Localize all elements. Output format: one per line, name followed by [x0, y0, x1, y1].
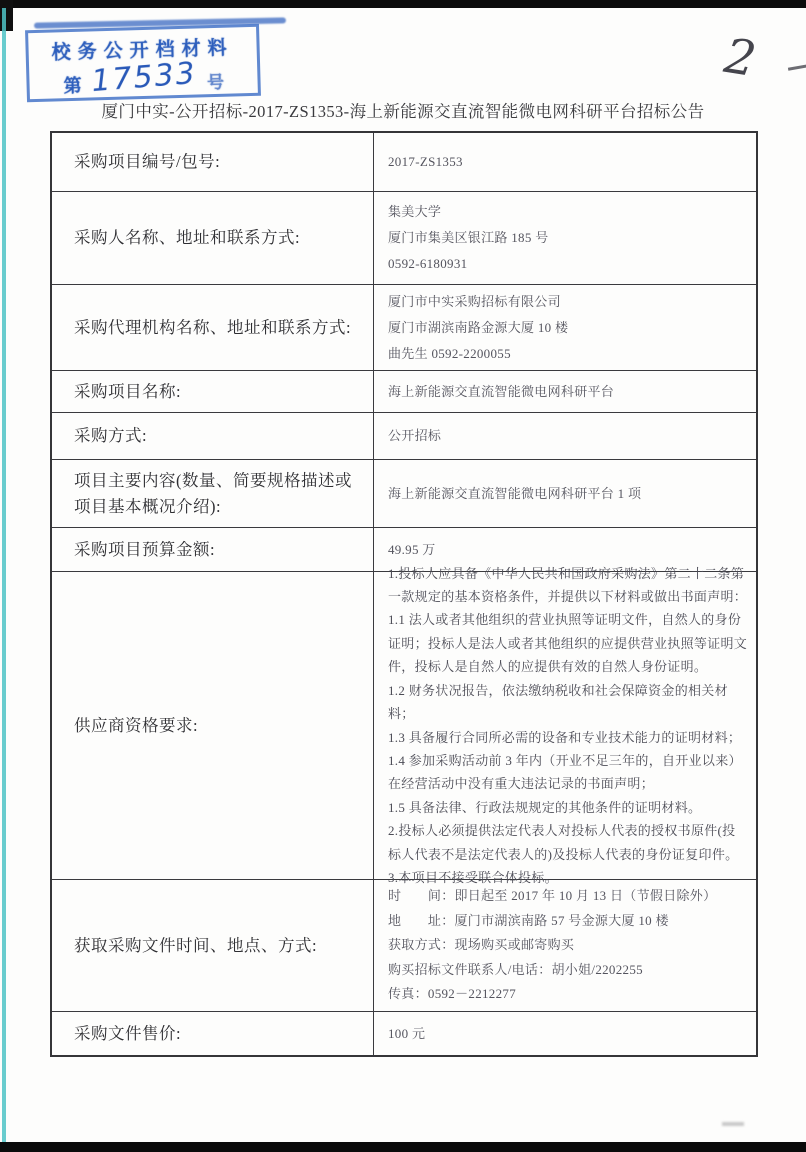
value-line: 公开招标 [388, 423, 748, 449]
archive-stamp: 校务公开档材料 第 17533 号 [25, 24, 261, 103]
value-line: 地 址：厦门市湖滨南路 57 号金源大厦 10 楼 [388, 909, 748, 934]
row-value: 时 间：即日起至 2017 年 10 月 13 日（节假日除外）地 址：厦门市湖… [374, 880, 756, 1011]
value-line: 厦门市湖滨南路金源大厦 10 楼 [388, 315, 748, 341]
handwritten-page-number: 2 [721, 28, 760, 88]
value-line: 集美大学 [388, 199, 748, 225]
value-line: 厦门市集美区银江路 185 号 [388, 225, 748, 251]
value-line: 49.95 万 [388, 537, 748, 563]
stamp-number-suffix: 号 [207, 74, 224, 91]
value-line: 2.投标人必须提供法定代表人对投标人代表的授权书原件(投标人代表不是法定代表人的… [388, 819, 748, 866]
table-row: 采购方式:公开招标 [52, 413, 756, 460]
row-label: 供应商资格要求: [52, 572, 374, 879]
row-value: 海上新能源交直流智能微电网科研平台 1 项 [374, 460, 756, 527]
value-line: 1.投标人应具备《中华人民共和国政府采购法》第二十二条第一款规定的基本资格条件，… [388, 562, 748, 609]
scan-smudge [722, 1122, 744, 1126]
row-value: 100 元 [374, 1012, 756, 1055]
value-line: 厦门市中实采购招标有限公司 [388, 289, 748, 315]
value-line: 1.4 参加采购活动前 3 年内（开业不足三年的，自开业以来）在经营活动中没有重… [388, 749, 748, 796]
stamp-handwritten-number: 17533 [90, 59, 198, 97]
table-row: 采购人名称、地址和联系方式:集美大学厦门市集美区银江路 185 号0592-61… [52, 192, 756, 285]
value-line: 曲先生 0592-2200055 [388, 341, 748, 367]
value-line: 时 间：即日起至 2017 年 10 月 13 日（节假日除外） [388, 884, 748, 909]
table-row: 获取采购文件时间、地点、方式:时 间：即日起至 2017 年 10 月 13 日… [52, 880, 756, 1012]
value-line: 1.2 财务状况报告，依法缴纳税收和社会保障资金的相关材料； [388, 679, 748, 726]
value-line: 2017-ZS1353 [388, 149, 748, 175]
value-line: 海上新能源交直流智能微电网科研平台 1 项 [388, 481, 748, 507]
row-label: 获取采购文件时间、地点、方式: [52, 880, 374, 1011]
table-row: 项目主要内容(数量、简要规格描述或项目基本概况介绍):海上新能源交直流智能微电网… [52, 460, 756, 528]
handwritten-dash [788, 64, 806, 70]
value-line: 传真：0592－2212277 [388, 982, 748, 1007]
row-value: 厦门市中实采购招标有限公司厦门市湖滨南路金源大厦 10 楼曲先生 0592-22… [374, 285, 756, 370]
stamp-number-line: 第 17533 号 [63, 60, 258, 95]
row-value: 公开招标 [374, 413, 756, 459]
row-value: 1.投标人应具备《中华人民共和国政府采购法》第二十二条第一款规定的基本资格条件，… [374, 572, 756, 879]
table-row: 采购文件售价:100 元 [52, 1012, 756, 1055]
value-line: 海上新能源交直流智能微电网科研平台 [388, 379, 748, 405]
value-line: 购买招标文件联系人/电话：胡小姐/2202255 [388, 958, 748, 983]
scan-edge-top [0, 0, 806, 8]
value-line: 获取方式：现场购买或邮寄购买 [388, 933, 748, 958]
scan-edge-bottom [0, 1142, 806, 1152]
value-line: 1.1 法人或者其他组织的营业执照等证明文件，自然人的身份证明；投标人是法人或者… [388, 608, 748, 678]
announcement-table: 采购项目编号/包号:2017-ZS1353采购人名称、地址和联系方式:集美大学厦… [50, 131, 758, 1057]
value-line: 1.3 具备履行合同所必需的设备和专业技术能力的证明材料； [388, 726, 748, 749]
row-value: 2017-ZS1353 [374, 133, 756, 191]
stamp-number-prefix: 第 [63, 77, 81, 95]
table-row: 采购项目名称:海上新能源交直流智能微电网科研平台 [52, 371, 756, 413]
page-title: 厦门中实-公开招标-2017-ZS1353-海上新能源交直流智能微电网科研平台招… [0, 98, 806, 122]
row-label: 采购项目编号/包号: [52, 133, 374, 191]
scan-edge-left-line [2, 8, 6, 1142]
table-row: 采购代理机构名称、地址和联系方式:厦门市中实采购招标有限公司厦门市湖滨南路金源大… [52, 285, 756, 371]
table-row: 供应商资格要求:1.投标人应具备《中华人民共和国政府采购法》第二十二条第一款规定… [52, 572, 756, 880]
row-label: 采购文件售价: [52, 1012, 374, 1055]
row-label: 采购项目预算金额: [52, 528, 374, 571]
value-line: 1.5 具备法律、行政法规规定的其他条件的证明材料。 [388, 796, 748, 819]
row-value: 集美大学厦门市集美区银江路 185 号0592-6180931 [374, 192, 756, 284]
row-label: 项目主要内容(数量、简要规格描述或项目基本概况介绍): [52, 460, 374, 527]
value-line: 100 元 [388, 1021, 748, 1047]
row-value: 海上新能源交直流智能微电网科研平台 [374, 371, 756, 412]
table-row: 采购项目编号/包号:2017-ZS1353 [52, 133, 756, 192]
row-label: 采购人名称、地址和联系方式: [52, 192, 374, 284]
value-line: 0592-6180931 [388, 251, 748, 277]
row-label: 采购项目名称: [52, 371, 374, 412]
row-label: 采购代理机构名称、地址和联系方式: [52, 285, 374, 370]
row-label: 采购方式: [52, 413, 374, 459]
scanned-document-page: 校务公开档材料 第 17533 号 2 厦门中实-公开招标-2017-ZS135… [0, 0, 806, 1152]
